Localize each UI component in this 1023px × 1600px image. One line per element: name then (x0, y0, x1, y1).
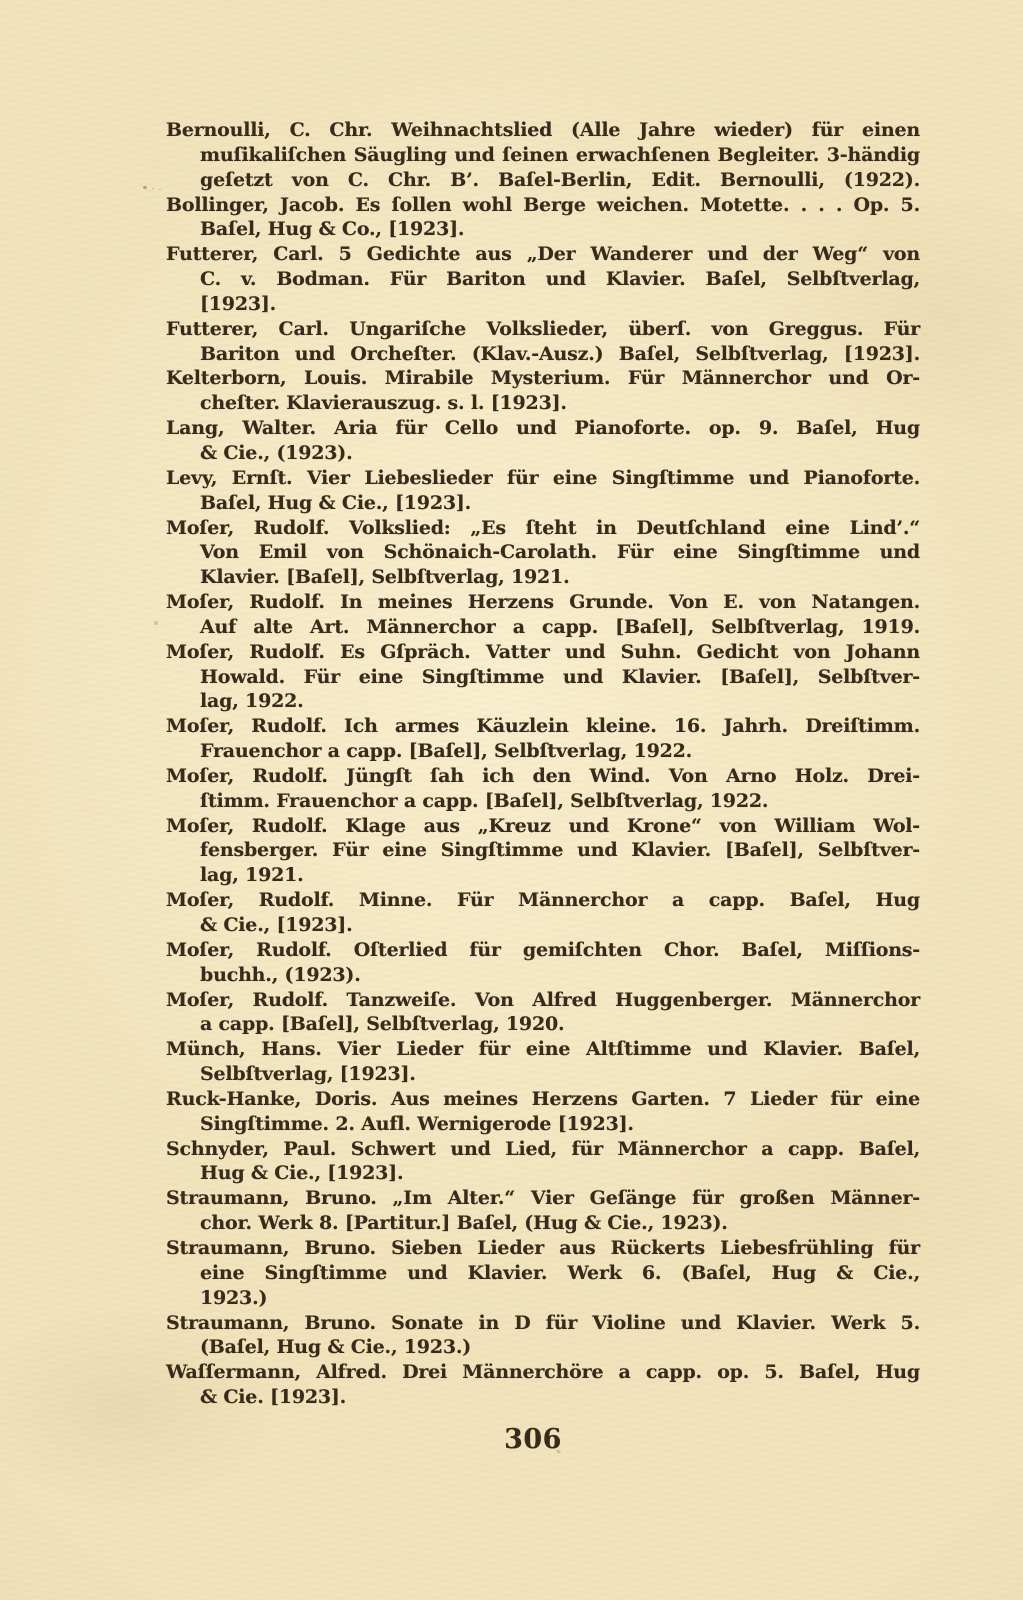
entry-line: & Cie. [1923]. (166, 1385, 920, 1410)
entry-line: Frauenchor a capp. [Baſel], Selbſtverlag… (166, 739, 920, 764)
bibliography-entry: Futterer, Carl. Ungariſche Volkslieder, … (166, 317, 920, 367)
entry-line: C. v. Bodman. Für Bariton und Klavier. B… (166, 267, 920, 292)
entry-line: & Cie., [1923]. (166, 913, 920, 938)
bibliography-entry: Straumann, Bruno. Sieben Lieder aus Rück… (166, 1236, 920, 1311)
bibliography-entry: Moſer, Rudolf. Es Gſpräch. Vatter und Su… (166, 640, 920, 715)
entry-line: geſetzt von C. Chr. B’. Baſel-Berlin, Ed… (166, 168, 920, 193)
entry-line: Straumann, Bruno. „Im Alter.“ Vier Geſän… (166, 1186, 920, 1211)
bibliography-entry: Kelterborn, Louis. Mirabile Mysterium. F… (166, 366, 920, 416)
bibliography-entry: Moſer, Rudolf. Oſterlied für gemiſchten … (166, 938, 920, 988)
entry-line: eine Singſtimme und Klavier. Werk 6. (Ba… (166, 1261, 920, 1286)
entry-line: a capp. [Baſel], Selbſtverlag, 1920. (166, 1012, 920, 1037)
bibliography-entry: Bollinger, Jacob. Es ſollen wohl Berge w… (166, 193, 920, 243)
entry-line: Baſel, Hug & Cie., [1923]. (166, 491, 920, 516)
bibliography-entry: Moſer, Rudolf. Minne. Für Männerchor a c… (166, 888, 920, 938)
bibliography-entry: Lang, Walter. Aria für Cello und Pianofo… (166, 416, 920, 466)
entry-line: 1923.) (166, 1286, 920, 1311)
entry-line: Hug & Cie., [1923]. (166, 1161, 920, 1186)
entry-line: Moſer, Rudolf. Tanzweiſe. Von Alfred Hug… (166, 988, 920, 1013)
bibliography-entry: Futterer, Carl. 5 Gedichte aus „Der Wand… (166, 242, 920, 317)
entry-line: Bernoulli, C. Chr. Weihnachtslied (Alle … (166, 118, 920, 143)
entry-line: Von Emil von Schönaich-Carolath. Für ein… (166, 540, 920, 565)
entry-line: Waſſermann, Alfred. Drei Männerchöre a c… (166, 1360, 920, 1385)
entry-line: Moſer, Rudolf. In meines Herzens Grunde.… (166, 590, 920, 615)
entry-line: lag, 1921. (166, 863, 920, 888)
entry-line: Lang, Walter. Aria für Cello und Pianofo… (166, 416, 920, 441)
entry-line: Moſer, Rudolf. Klage aus „Kreuz und Kron… (166, 814, 920, 839)
entry-line: Moſer, Rudolf. Volkslied: „Es ſteht in D… (166, 516, 920, 541)
entry-line: Moſer, Rudolf. Jüngſt ſah ich den Wind. … (166, 764, 920, 789)
bibliography-entry: Ruck-Hanke, Doris. Aus meines Herzens Ga… (166, 1087, 920, 1137)
bibliography-list: Bernoulli, C. Chr. Weihnachtslied (Alle … (166, 118, 920, 1410)
entry-line: Howald. Für eine Singſtimme und Klavier.… (166, 665, 920, 690)
bibliography-entry: Levy, Ernſt. Vier Liebeslieder für eine … (166, 466, 920, 516)
entry-line: Moſer, Rudolf. Es Gſpräch. Vatter und Su… (166, 640, 920, 665)
page-number: 306 (166, 1424, 900, 1455)
bibliography-entry: Moſer, Rudolf. Klage aus „Kreuz und Kron… (166, 814, 920, 889)
entry-line: & Cie., (1923). (166, 441, 920, 466)
entry-line: Auf alte Art. Männerchor a capp. [Baſel]… (166, 615, 920, 640)
entry-line: [1923]. (166, 292, 920, 317)
entry-line: Kelterborn, Louis. Mirabile Mysterium. F… (166, 366, 920, 391)
bibliography-entry: Straumann, Bruno. „Im Alter.“ Vier Geſän… (166, 1186, 920, 1236)
entry-line: Münch, Hans. Vier Lieder für eine Altſti… (166, 1037, 920, 1062)
entry-line: cheſter. Klavierauszug. s. l. [1923]. (166, 391, 920, 416)
bibliography-entry: Moſer, Rudolf. Volkslied: „Es ſteht in D… (166, 516, 920, 591)
entry-line: Bariton und Orcheſter. (Klav.-Ausz.) Baſ… (166, 342, 920, 367)
ink-speck (143, 186, 147, 189)
entry-line: Moſer, Rudolf. Minne. Für Männerchor a c… (166, 888, 920, 913)
entry-line: Moſer, Rudolf. Oſterlied für gemiſchten … (166, 938, 920, 963)
entry-line: Ruck-Hanke, Doris. Aus meines Herzens Ga… (166, 1087, 920, 1112)
bibliography-entry: Moſer, Rudolf. In meines Herzens Grunde.… (166, 590, 920, 640)
entry-line: Futterer, Carl. Ungariſche Volkslieder, … (166, 317, 920, 342)
bibliography-entry: Moſer, Rudolf. Jüngſt ſah ich den Wind. … (166, 764, 920, 814)
entry-line: ſtimm. Frauenchor a capp. [Baſel], Selbſ… (166, 789, 920, 814)
entry-line: Singſtimme. 2. Aufl. Wernigerode [1923]. (166, 1112, 920, 1137)
bibliography-entry: Straumann, Bruno. Sonate in D für Violin… (166, 1311, 920, 1361)
bibliography-entry: Münch, Hans. Vier Lieder für eine Altſti… (166, 1037, 920, 1087)
entry-line: muſikaliſchen Säugling und ſeinen erwach… (166, 143, 920, 168)
entry-line: Schnyder, Paul. Schwert und Lied, für Mä… (166, 1137, 920, 1162)
bibliography-entry: Schnyder, Paul. Schwert und Lied, für Mä… (166, 1137, 920, 1187)
scanned-book-page: Bernoulli, C. Chr. Weihnachtslied (Alle … (0, 0, 1023, 1600)
entry-line: buchh., (1923). (166, 963, 920, 988)
entry-line: chor. Werk 8. [Partitur.] Baſel, (Hug & … (166, 1211, 920, 1236)
entry-line: Straumann, Bruno. Sieben Lieder aus Rück… (166, 1236, 920, 1261)
entry-line: Levy, Ernſt. Vier Liebeslieder für eine … (166, 466, 920, 491)
entry-line: (Baſel, Hug & Cie., 1923.) (166, 1335, 920, 1360)
entry-line: Moſer, Rudolf. Ich armes Käuzlein kleine… (166, 714, 920, 739)
bibliography-entry: Moſer, Rudolf. Tanzweiſe. Von Alfred Hug… (166, 988, 920, 1038)
bibliography-entry: Waſſermann, Alfred. Drei Männerchöre a c… (166, 1360, 920, 1410)
bibliography-entry: Moſer, Rudolf. Ich armes Käuzlein kleine… (166, 714, 920, 764)
entry-line: Bollinger, Jacob. Es ſollen wohl Berge w… (166, 193, 920, 218)
ink-speck (154, 621, 158, 625)
bibliography-entry: Bernoulli, C. Chr. Weihnachtslied (Alle … (166, 118, 920, 193)
entry-line: Selbſtverlag, [1923]. (166, 1062, 920, 1087)
entry-line: lag, 1922. (166, 689, 920, 714)
entry-line: fensberger. Für eine Singſtimme und Klav… (166, 838, 920, 863)
entry-line: Straumann, Bruno. Sonate in D für Violin… (166, 1311, 920, 1336)
entry-line: Klavier. [Baſel], Selbſtverlag, 1921. (166, 565, 920, 590)
entry-line: Futterer, Carl. 5 Gedichte aus „Der Wand… (166, 242, 920, 267)
entry-line: Baſel, Hug & Co., [1923]. (166, 217, 920, 242)
